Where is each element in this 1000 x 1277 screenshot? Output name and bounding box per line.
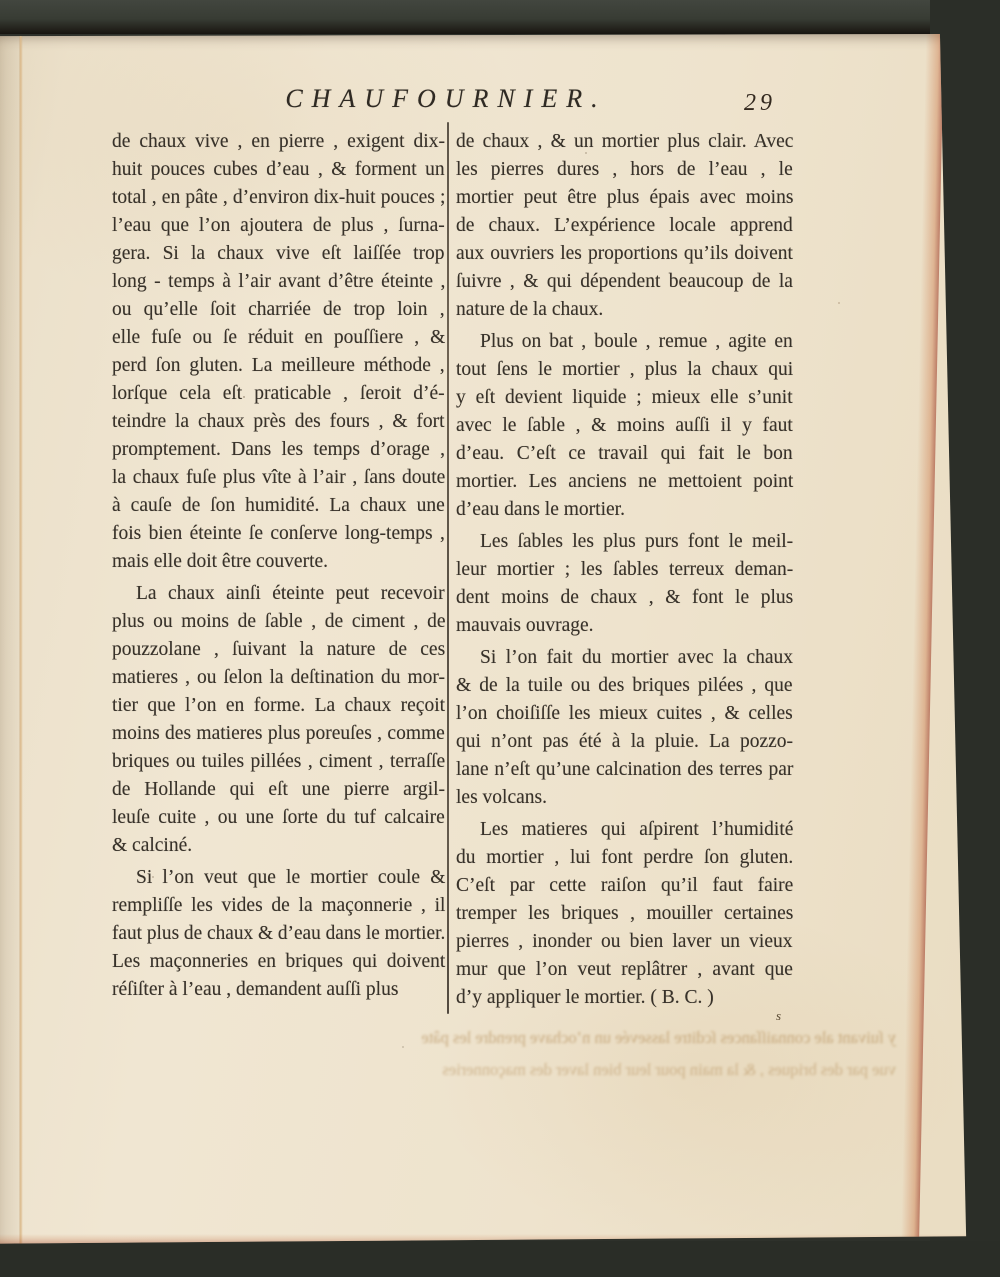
text-line: faut plus de chaux & d’eau dans le morti…	[112, 920, 445, 948]
paragraph: de chaux vive , en pierre , exigent dix-…	[112, 128, 445, 576]
text-line: l’on choiſiſſe les mieux cuites , & cell…	[456, 700, 793, 728]
text-line: mais elle doit être couverte.	[112, 548, 445, 576]
text-line: du mortier , lui font perdre ſon gluten.	[456, 844, 793, 872]
page-edge-tint-right	[901, 30, 944, 1260]
text-line: long - temps à l’air avant d’être éteint…	[112, 268, 445, 296]
text-line: de Hollande qui eſt une pierre argil-	[112, 776, 445, 804]
text-line: briques ou tuiles pillées , ciment , ter…	[112, 748, 445, 776]
text-line: lane n’eſt qu’une calcination des terres…	[456, 756, 793, 784]
text-line: les volcans.	[456, 784, 793, 812]
text-line: tremper les briques , mouiller certaines	[456, 900, 793, 928]
text-line: l’eau que l’on ajoutera de plus , ſurna-	[112, 212, 445, 240]
page-fold-line	[19, 34, 23, 1246]
text-line: leuſe cuite , ou une ſorte du tuf calcai…	[112, 804, 445, 832]
text-line: avec le ſable , & moins auſſi il y faut	[456, 412, 793, 440]
text-line: fois bien éteinte ſe conſerve long-temps…	[112, 520, 445, 548]
text-line: ou qu’elle ſoit charriée de trop loin ,	[112, 296, 445, 324]
text-line: y eſt devient liquide ; mieux elle s’uni…	[456, 384, 793, 412]
text-line: C’eſt par cette raiſon qu’il faut faire	[456, 872, 793, 900]
text-line: dent moins de chaux , & font le plus	[456, 584, 793, 612]
text-line: Les matieres qui aſpirent l’humidité	[456, 816, 793, 844]
paragraph: Les ſables les plus purs font le meil-le…	[456, 528, 793, 640]
text-line: d’y appliquer le mortier. ( B. C. )	[456, 984, 793, 1012]
paragraph: Plus on bat , boule , remue , agite ento…	[456, 328, 793, 524]
paragraph: Si l’on veut que le mortier coule &rempl…	[112, 864, 445, 1004]
text-line: Si l’on veut que le mortier coule &	[112, 864, 445, 892]
page-number: 29	[744, 90, 776, 117]
text-line: matieres , ou ſelon la deſtination du mo…	[112, 664, 445, 692]
text-line: la chaux fuſe plus vîte à l’air , ſans d…	[112, 464, 445, 492]
text-line: tout ſens le mortier , plus la chaux qui	[456, 356, 793, 384]
text-line: tier que l’on en forme. La chaux reçoit	[112, 692, 445, 720]
text-line: de chaux , & un mortier plus clair. Avec	[456, 128, 793, 156]
text-line: Si l’on fait du mortier avec la chaux	[456, 644, 793, 672]
text-line: La chaux ainſi éteinte peut recevoir	[112, 580, 445, 608]
column-divider-rule	[447, 122, 449, 1014]
text-line: perd ſon gluten. La meilleure méthode ,	[112, 352, 445, 380]
text-line: Les maçonneries en briques qui doivent	[112, 948, 445, 976]
text-line: Plus on bat , boule , remue , agite en	[456, 328, 793, 356]
text-line: mauvais ouvrage.	[456, 612, 793, 640]
text-line: lorſque cela eſt praticable , ſeroit d’é…	[112, 380, 445, 408]
page-title: CHAUFOURNIER.	[285, 84, 606, 114]
text-line: ſuivre , & qui dépendent beaucoup de la	[456, 268, 793, 296]
text-line: & calciné.	[112, 832, 445, 860]
text-line: nature de la chaux.	[456, 296, 793, 324]
text-line: leur mortier ; les ſables terreux deman-	[456, 556, 793, 584]
text-line: plus ou moins de ſable , de ciment , de	[112, 608, 445, 636]
text-line: huit pouces cubes d’eau , & forment un	[112, 156, 445, 184]
show-through-line: vue par des briques , & la main pour leu…	[104, 1060, 896, 1082]
text-line: elle fuſe ou ſe réduit en pouſſiere , &	[112, 324, 445, 352]
page-gutter-shadow	[0, 34, 20, 1246]
running-header: CHAUFOURNIER.	[140, 84, 752, 114]
text-line: total , en pâte , d’environ dix-huit pou…	[112, 184, 445, 212]
paper-specks	[0, 34, 2, 36]
text-line: moins des matieres plus poreuſes , comme	[112, 720, 445, 748]
text-line: à cauſe de ſon humidité. La chaux une	[112, 492, 445, 520]
text-line: mortier peut être plus épais avec moins	[456, 184, 793, 212]
text-line: mortier. Les anciens ne mettoient point	[456, 468, 793, 496]
paragraph: La chaux ainſi éteinte peut recevoirplus…	[112, 580, 445, 860]
text-line: les pierres dures , hors de l’eau , le	[456, 156, 793, 184]
text-line: aux ouvriers les proportions qu’ils doiv…	[456, 240, 793, 268]
text-line: d’eau dans le mortier.	[456, 496, 793, 524]
signature-mark: s	[776, 1008, 781, 1024]
text-line: rempliſſe les vides de la maçonnerie , i…	[112, 892, 445, 920]
book-board-top-edge	[0, 0, 1000, 34]
text-line: & de la tuile ou des briques pilées , qu…	[456, 672, 793, 700]
paragraph: de chaux , & un mortier plus clair. Avec…	[456, 128, 793, 324]
text-line: qui n’ont pas été à la pluie. La pozzo-	[456, 728, 793, 756]
text-line: d’eau. C’eſt ce travail qui fait le bon	[456, 440, 793, 468]
text-line: Les ſables les plus purs font le meil-	[456, 528, 793, 556]
text-line: réſiſter à l’eau , demandent auſſi plus	[112, 976, 445, 1004]
paragraph: Si l’on fait du mortier avec la chaux& d…	[456, 644, 793, 812]
paragraph: Les matieres qui aſpirent l’humiditédu m…	[456, 816, 793, 1012]
show-through-line: y ſuivant ale connaiſſances ſcditre lass…	[104, 1028, 896, 1050]
book-page: CHAUFOURNIER. 29 de chaux vive , en pier…	[0, 34, 970, 1246]
text-line: de chaux. L’expérience locale apprend	[456, 212, 793, 240]
scan-backdrop-bottom	[0, 1241, 1000, 1277]
text-line: promptement. Dans les temps d’orage ,	[112, 436, 445, 464]
text-line: de chaux vive , en pierre , exigent dix-	[112, 128, 445, 156]
text-line: pouzzolane , ſuivant la nature de ces	[112, 636, 445, 664]
right-text-column: de chaux , & un mortier plus clair. Avec…	[456, 128, 793, 1012]
left-text-column: de chaux vive , en pierre , exigent dix-…	[112, 128, 445, 1004]
text-line: teindre la chaux près des fours , & fort	[112, 408, 445, 436]
text-line: pierres , inonder ou bien laver un vieux	[456, 928, 793, 956]
text-line: gera. Si la chaux vive eſt laiſſée trop	[112, 240, 445, 268]
text-line: mur que l’on veut replâtrer , avant que	[456, 956, 793, 984]
